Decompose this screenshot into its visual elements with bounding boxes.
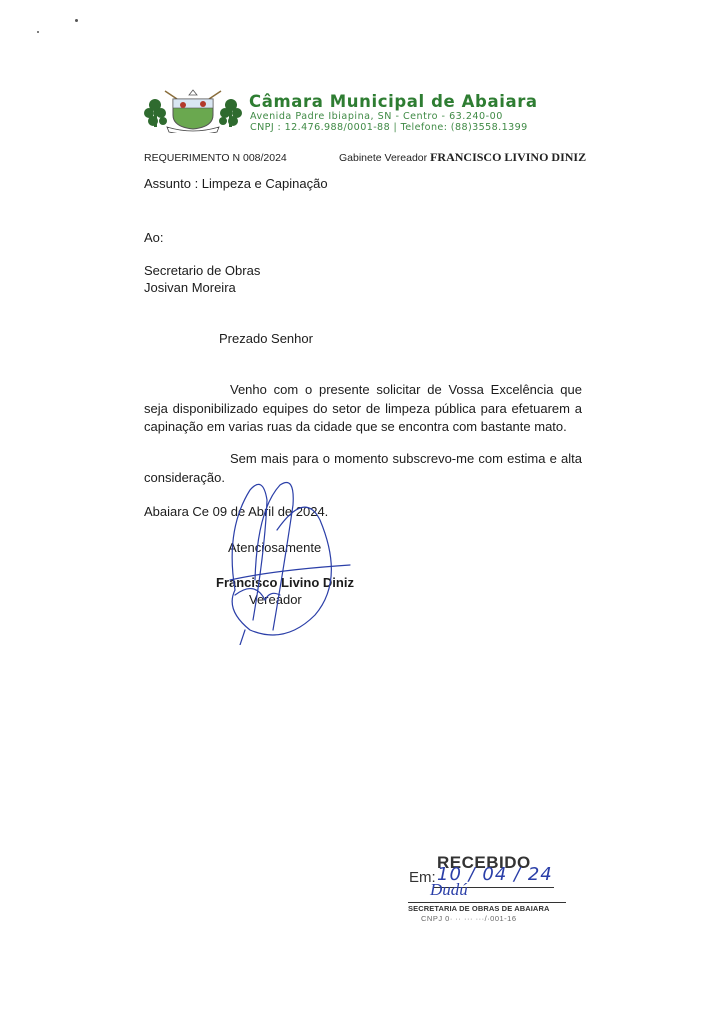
office-name: FRANCISCO LIVINO DINIZ <box>430 150 586 164</box>
stamp-cnpj: CNPJ 0· ·· ··· ···/·001-16 <box>421 914 517 923</box>
scan-speck <box>37 31 39 33</box>
body-paragraph-request-text: Venho com o presente solicitar de Vossa … <box>144 382 582 434</box>
scan-speck <box>75 19 78 22</box>
municipal-crest-icon <box>143 87 243 133</box>
closing-text: Atenciosamente <box>228 540 321 555</box>
handwritten-signature-icon <box>195 470 365 645</box>
recipient-role: Secretario de Obras <box>144 263 260 278</box>
office-label: Gabinete Vereador FRANCISCO LIVINO DINIZ <box>339 150 586 165</box>
date-line: Abaiara Ce 09 de Abril de 2024. <box>144 504 328 519</box>
org-name: Câmara Municipal de Abaiara <box>249 92 538 111</box>
stamp-org: SECRETARIA DE OBRAS DE ABAIARA <box>408 904 549 913</box>
to-label: Ao: <box>144 230 164 245</box>
signer-title: Vereador <box>249 592 302 607</box>
body-paragraph-closing: Sem mais para o momento subscrevo-me com… <box>144 450 582 487</box>
org-address: Avenida Padre Ibiapina, SN - Centro - 63… <box>250 111 503 122</box>
recipient-name: Josivan Moreira <box>144 280 236 295</box>
stamp-signature-line <box>408 902 566 903</box>
salutation: Prezado Senhor <box>219 331 313 346</box>
office-prefix: Gabinete Vereador <box>339 152 430 164</box>
org-cnpj-phone: CNPJ : 12.476.988/0001-88 | Telefone: (8… <box>250 122 528 133</box>
request-number: REQUERIMENTO N 008/2024 <box>144 152 287 164</box>
body-paragraph-closing-text: Sem mais para o momento subscrevo-me com… <box>144 451 582 485</box>
subject-line: Assunto : Limpeza e Capinação <box>144 176 328 191</box>
body-paragraph-request: Venho com o presente solicitar de Vossa … <box>144 381 582 437</box>
stamp-initials: Dudú <box>430 880 468 900</box>
signer-name: Francisco Livino Diniz <box>216 575 354 590</box>
